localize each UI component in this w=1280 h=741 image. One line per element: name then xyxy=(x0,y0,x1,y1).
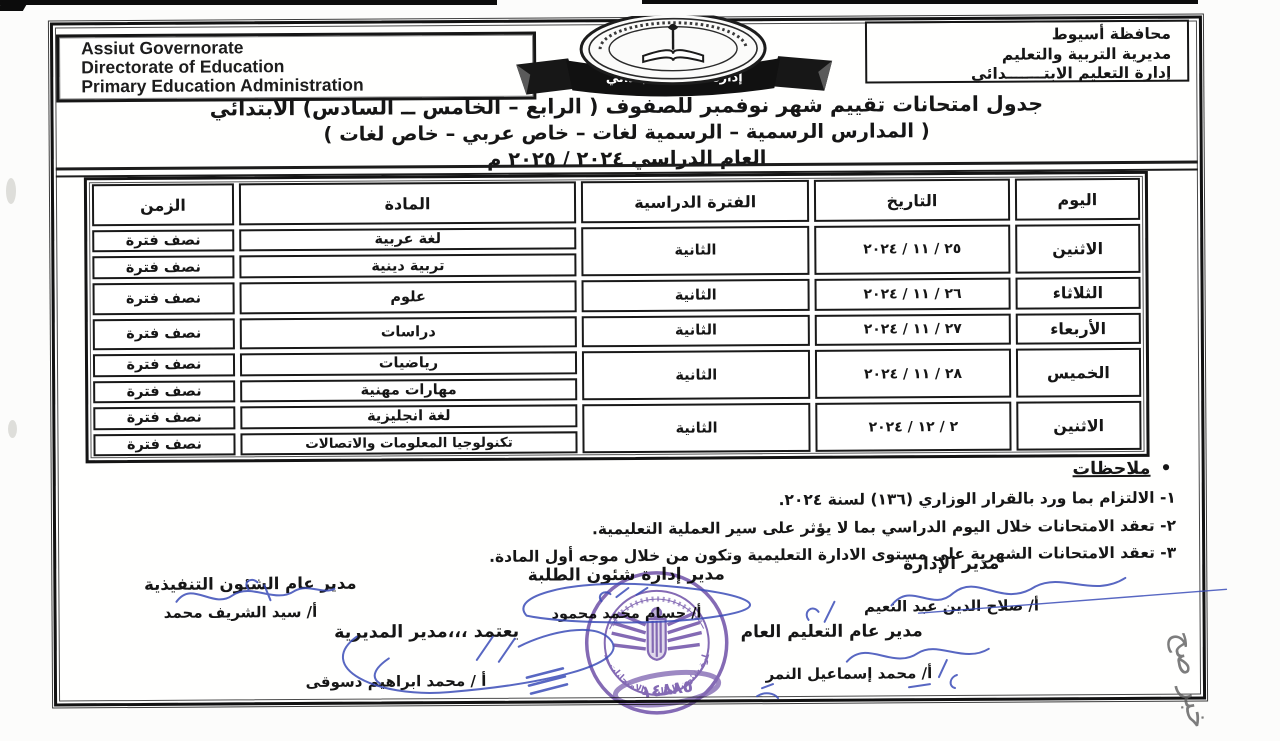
header-arabic-box: محافظة أسيوط مديرية التربية والتعليم إدا… xyxy=(865,20,1189,84)
day-cell: الثلاثاء xyxy=(1015,277,1141,309)
scan-artifact-corner xyxy=(0,0,29,11)
time-cell: نصف فترة xyxy=(93,380,235,403)
day-cell: الاثنين xyxy=(1016,401,1142,451)
date-cell: ٢٥ / ١١ / ٢٠٢٤ xyxy=(814,225,1010,275)
time-cell: نصف فترة xyxy=(92,229,234,252)
col-header-time: الزمن xyxy=(92,183,234,226)
col-header-day: اليوم xyxy=(1014,178,1140,221)
day-cell: الاثنين xyxy=(1015,224,1141,274)
col-header-subject: المادة xyxy=(239,181,576,225)
table-header-row: اليوم التاريخ الفترة الدراسية المادة الز… xyxy=(92,178,1140,226)
subject-cell: علوم xyxy=(239,280,576,314)
header-arabic-line3: إدارة التعليم الابتـــــــدائي xyxy=(867,64,1171,85)
time-cell: نصف فترة xyxy=(93,406,235,429)
ink-signatures xyxy=(56,533,1257,720)
header-arabic-line2: مديرية التربية والتعليم xyxy=(867,44,1171,65)
scan-artifact-top-right xyxy=(642,0,1198,4)
subject-cell: دراسات xyxy=(240,316,577,350)
table-row: الثلاثاء ٢٦ / ١١ / ٢٠٢٤ الثانية علوم نصف… xyxy=(93,277,1141,315)
period-cell: الثانية xyxy=(582,279,810,312)
notes-heading-row: •ملاحظات xyxy=(1072,459,1171,480)
table-row: الخميس ٢٨ / ١١ / ٢٠٢٤ الثانية رياضيات نص… xyxy=(93,348,1141,377)
scan-artifact-top-left xyxy=(0,0,497,5)
period-cell: الثانية xyxy=(582,403,810,453)
time-cell: نصف فترة xyxy=(93,433,235,456)
col-header-date: التاريخ xyxy=(814,179,1010,222)
table-row: الاثنين ٢ / ١٢ / ٢٠٢٤ الثانية لغة انجليز… xyxy=(93,401,1141,430)
table-row: الأربعاء ٢٧ / ١١ / ٢٠٢٤ الثانية دراسات ن… xyxy=(93,312,1141,350)
day-cell: الخميس xyxy=(1016,348,1142,398)
subject-cell: لغة عربية xyxy=(239,227,576,252)
exam-schedule-table: اليوم التاريخ الفترة الدراسية المادة الز… xyxy=(87,174,1147,460)
period-cell: الثانية xyxy=(582,350,810,400)
page-frame: Assiut Governorate Directorate of Educat… xyxy=(50,15,1206,706)
header-arabic-line1: محافظة أسيوط xyxy=(867,25,1171,46)
period-cell: الثانية xyxy=(582,314,810,347)
signature-stroke xyxy=(891,578,1125,605)
time-cell: نصف فترة xyxy=(92,256,234,279)
date-cell: ٢٦ / ١١ / ٢٠٢٤ xyxy=(815,278,1011,311)
exam-table-frame: اليوم التاريخ الفترة الدراسية المادة الز… xyxy=(84,171,1150,463)
col-header-period: الفترة الدراسية xyxy=(581,180,809,223)
date-cell: ٢ / ١٢ / ٢٠٢٤ xyxy=(816,402,1012,452)
time-cell: نصف فترة xyxy=(93,354,235,377)
day-cell: الأربعاء xyxy=(1015,312,1141,344)
subject-cell: مهارات مهنية xyxy=(240,378,577,403)
notes-heading: ملاحظات xyxy=(1072,459,1150,479)
time-cell: نصف فترة xyxy=(93,282,235,314)
table-row: الاثنين ٢٥ / ١١ / ٢٠٢٤ الثانية لغة عربية… xyxy=(92,224,1140,253)
subject-cell: تكنولوجيا المعلومات والاتصالات xyxy=(240,431,577,456)
subject-cell: رياضيات xyxy=(240,351,577,376)
date-cell: ٢٨ / ١١ / ٢٠٢٤ xyxy=(815,349,1011,399)
subject-cell: لغة انجليزية xyxy=(240,404,577,429)
period-cell: الثانية xyxy=(581,226,809,276)
header-english-box: Assiut Governorate Directorate of Educat… xyxy=(56,32,536,103)
scan-smudge xyxy=(6,178,16,204)
scanned-document: Assiut Governorate Directorate of Educat… xyxy=(0,0,1280,720)
time-cell: نصف فترة xyxy=(93,318,235,350)
date-cell: ٢٧ / ١١ / ٢٠٢٤ xyxy=(815,313,1011,346)
subject-cell: تربية دينية xyxy=(239,254,576,279)
scan-smudge xyxy=(8,420,17,438)
bullet-icon: • xyxy=(1160,459,1171,479)
